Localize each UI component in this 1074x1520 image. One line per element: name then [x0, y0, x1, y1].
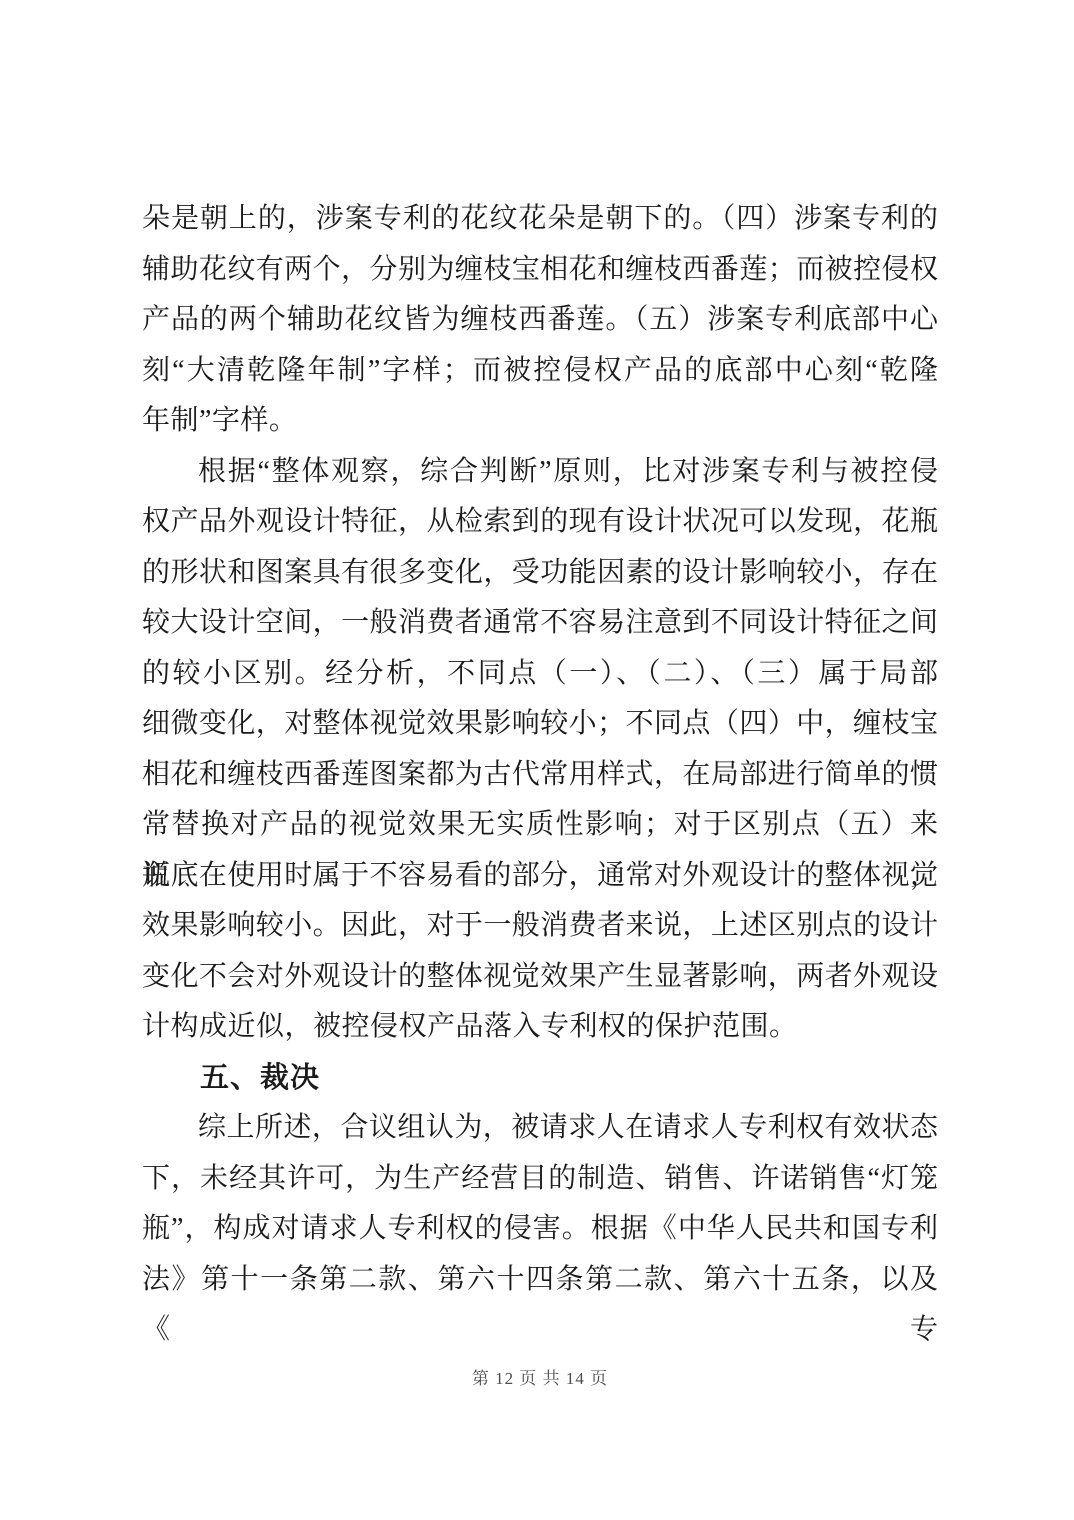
- text-line: 法》第十一条第二款、第六十四条第二款、第六十五条，以及《专: [142, 1255, 938, 1306]
- text-line: 根据“整体观察，综合判断”原则，比对涉案专利与被控侵: [142, 447, 938, 498]
- text-line: 权产品外观设计特征，从检索到的现有设计状况可以发现，花瓶: [142, 497, 938, 548]
- text-line: 的较小区别。经分析，不同点（一）、（二）、（三）属于局部: [142, 649, 938, 700]
- text-line: 变化不会对外观设计的整体视觉效果产生显著影响，两者外观设: [142, 952, 938, 1003]
- page-number-text: 第 12 页 共 14 页: [472, 1369, 608, 1388]
- text-line: 辅助花纹有两个，分别为缠枝宝相花和缠枝西番莲；而被控侵权: [142, 245, 938, 296]
- text-line: 常替换对产品的视觉效果无实质性影响；对于区别点（五）来说，: [142, 800, 938, 851]
- section-heading: 五、裁决: [142, 1053, 938, 1104]
- text-line: 下，未经其许可，为生产经营目的制造、销售、许诺销售“灯笼: [142, 1154, 938, 1205]
- text-line: 朵是朝上的，涉案专利的花纹花朵是朝下的。（四）涉案专利的: [142, 194, 938, 245]
- text-line: 瓶”，构成对请求人专利权的侵害。根据《中华人民共和国专利: [142, 1204, 938, 1255]
- text-line: 细微变化，对整体视觉效果影响较小；不同点（四）中，缠枝宝: [142, 699, 938, 750]
- text-line: 瓶底在使用时属于不容易看的部分，通常对外观设计的整体视觉: [142, 851, 938, 902]
- document-page: 朵是朝上的，涉案专利的花纹花朵是朝下的。（四）涉案专利的辅助花纹有两个，分别为缠…: [0, 0, 1074, 1520]
- text-line: 计构成近似，被控侵权产品落入专利权的保护范围。: [142, 1002, 938, 1053]
- text-line: 较大设计空间，一般消费者通常不容易注意到不同设计特征之间: [142, 598, 938, 649]
- text-line: 相花和缠枝西番莲图案都为古代常用样式，在局部进行简单的惯: [142, 750, 938, 801]
- page-footer: 第 12 页 共 14 页: [142, 1368, 938, 1390]
- text-line: 综上所述，合议组认为，被请求人在请求人专利权有效状态: [142, 1103, 938, 1154]
- text-line: 效果影响较小。因此，对于一般消费者来说，上述区别点的设计: [142, 901, 938, 952]
- text-line: 年制”字样。: [142, 396, 938, 447]
- document-body: 朵是朝上的，涉案专利的花纹花朵是朝下的。（四）涉案专利的辅助花纹有两个，分别为缠…: [142, 194, 938, 1305]
- text-line: 产品的两个辅助花纹皆为缠枝西番莲。（五）涉案专利底部中心: [142, 295, 938, 346]
- text-line: 的形状和图案具有很多变化，受功能因素的设计影响较小，存在: [142, 548, 938, 599]
- text-line: 刻“大清乾隆年制”字样；而被控侵权产品的底部中心刻“乾隆: [142, 346, 938, 397]
